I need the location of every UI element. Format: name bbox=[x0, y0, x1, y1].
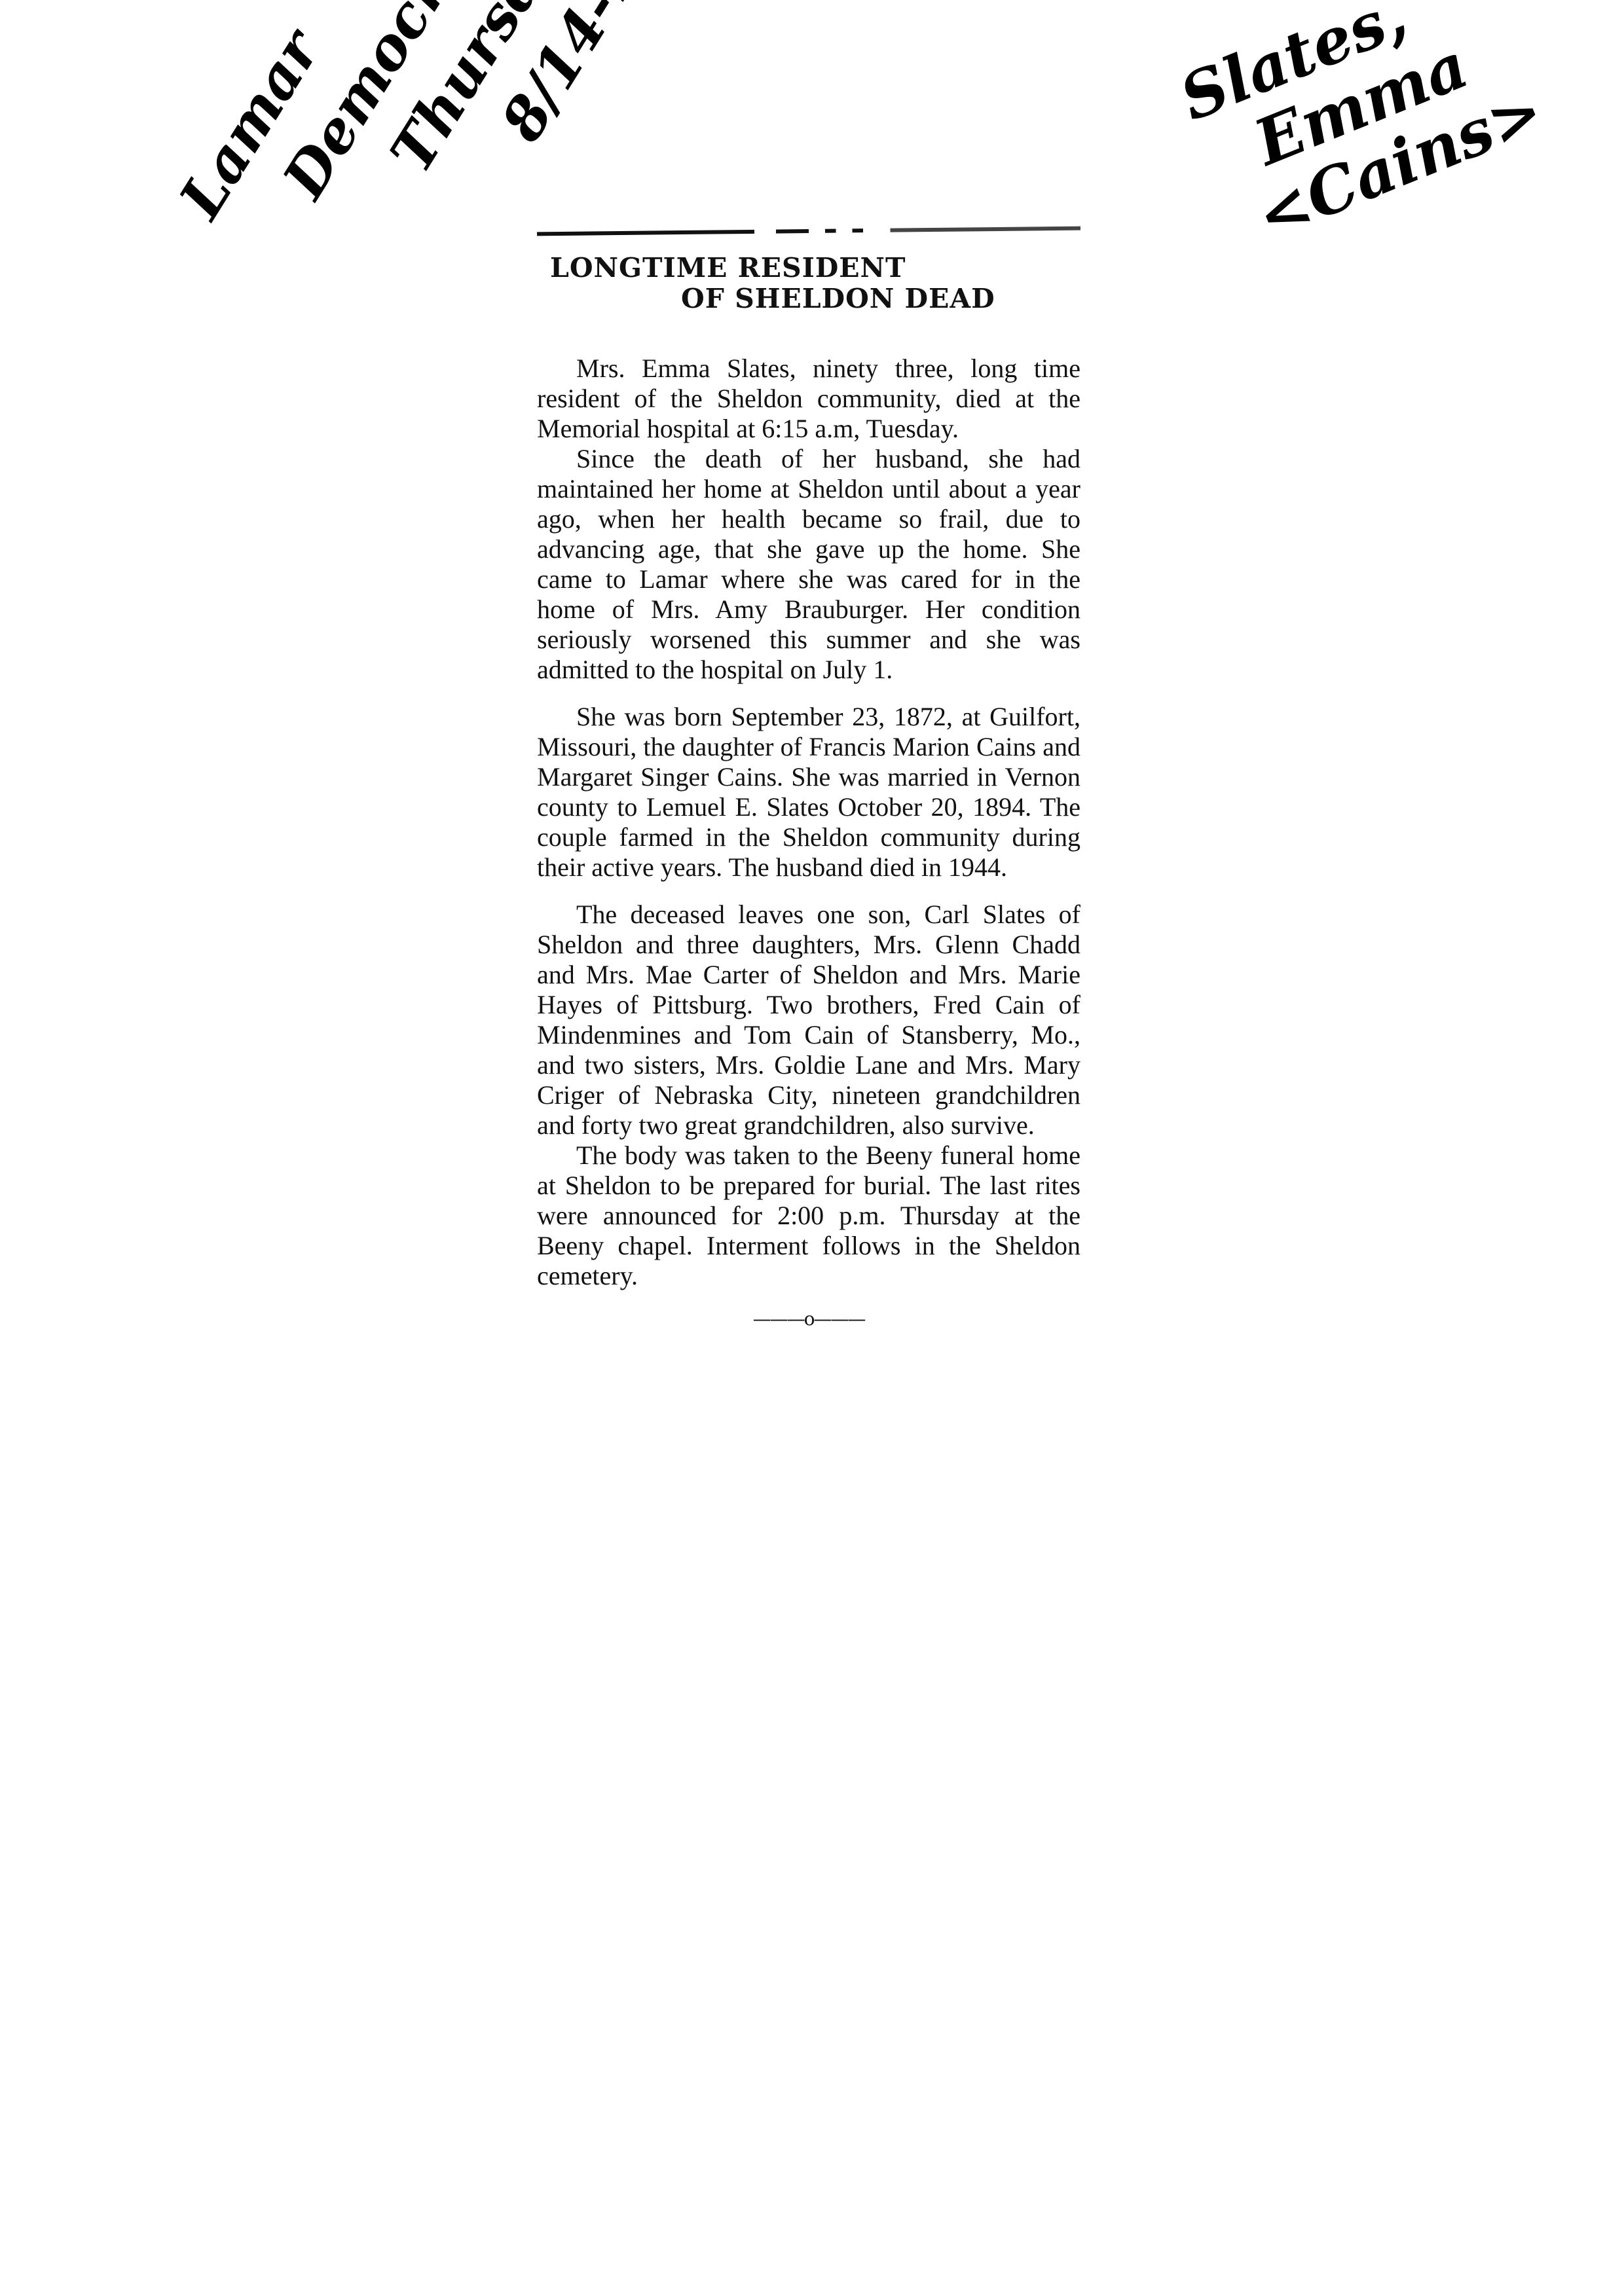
article-body: Mrs. Emma Slates, ninety three, long tim… bbox=[537, 354, 1080, 1291]
paragraph-survivors: The deceased leaves one son, Carl Slates… bbox=[537, 900, 1080, 1140]
headline-line-1: LONGTIME RESIDENT bbox=[550, 253, 1080, 283]
handwritten-name-note: Slates, Emma <Cains> bbox=[1172, 0, 1551, 259]
headline: LONGTIME RESIDENT OF SHELDON DEAD bbox=[537, 253, 1080, 314]
paragraph-funeral-arrangements: The body was taken to the Beeny funeral … bbox=[537, 1140, 1080, 1291]
top-rule-divider bbox=[537, 227, 1080, 236]
paragraph-biography: She was born September 23, 1872, at Guil… bbox=[537, 702, 1080, 883]
newspaper-clipping: LONGTIME RESIDENT OF SHELDON DEAD Mrs. E… bbox=[537, 229, 1080, 1330]
paragraph-death-notice: Mrs. Emma Slates, ninety three, long tim… bbox=[537, 354, 1080, 444]
paragraph-health-history: Since the death of her husband, she had … bbox=[537, 444, 1080, 685]
headline-line-2: OF SHELDON DEAD bbox=[681, 283, 1080, 314]
end-of-article-mark: ———o——— bbox=[537, 1308, 1080, 1330]
